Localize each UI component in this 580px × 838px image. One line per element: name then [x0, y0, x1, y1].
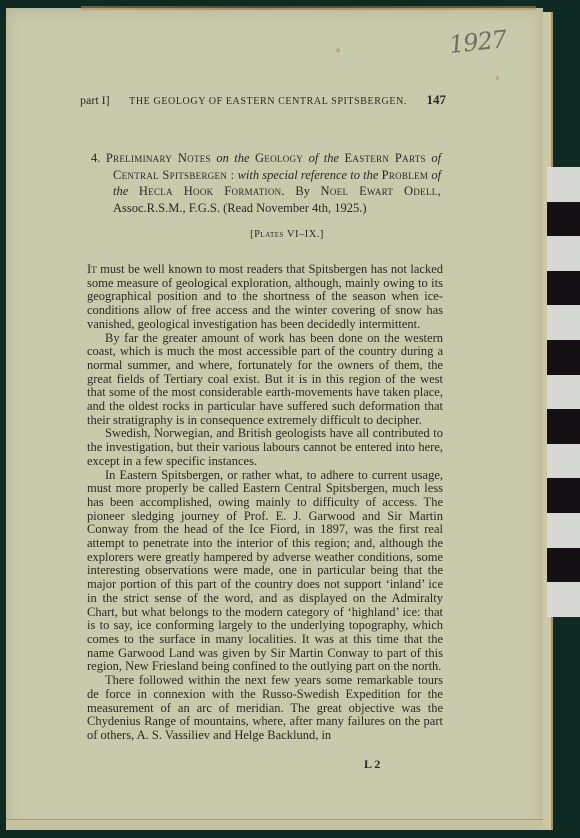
page-top-stain — [81, 6, 536, 10]
author-credentials: Assoc.R.S.M., F.G.S. — [113, 201, 220, 215]
signature-mark: L 2 — [364, 757, 380, 772]
handwritten-annotation: 1927 — [448, 25, 508, 59]
page-number: 147 — [427, 92, 447, 108]
paragraph-text: must be well known to most readers that … — [87, 262, 443, 331]
title-text: with special reference to the — [238, 168, 379, 182]
page-bottom-edge — [6, 819, 543, 830]
document-page: 1927 part I] The Geology of Eastern Cent… — [6, 8, 543, 830]
foxing-spot — [336, 48, 340, 53]
running-head-title: The Geology of Eastern Central Spitsberg… — [129, 96, 407, 107]
scale-bar — [547, 167, 580, 617]
title-text: of the — [309, 151, 339, 165]
article-title: 4. Preliminary Notes on the Geology of t… — [91, 150, 441, 216]
running-head-part: part I] — [80, 93, 110, 108]
title-text: Preliminary Notes — [106, 151, 211, 165]
paragraph: It must be well known to most readers th… — [87, 263, 443, 332]
title-text: of — [431, 151, 441, 165]
article-number: 4. — [91, 151, 100, 165]
author-by: By — [295, 184, 310, 198]
running-head: part I] The Geology of Eastern Central S… — [80, 92, 446, 108]
title-text: Eastern Parts — [344, 151, 425, 165]
paragraph: Swedish, Norwegian, and British geologis… — [87, 427, 443, 468]
paragraph: In Eastern Spitsbergen, or rather what, … — [87, 469, 443, 675]
title-text: Central Spitsbergen : — [113, 168, 234, 182]
title-text: on the — [216, 151, 249, 165]
article-body: It must be well known to most readers th… — [87, 263, 443, 743]
foxing-spot — [496, 76, 499, 80]
title-text: Geology — [255, 151, 303, 165]
author-name: Noel Ewart Odell, — [321, 184, 441, 198]
paragraph: By far the greater amount of work has be… — [87, 332, 443, 428]
paragraph: There followed within the next few years… — [87, 674, 443, 743]
plates-reference: [Plates VI–IX.] — [6, 229, 543, 240]
title-text: Hecla Hook Formation. — [139, 184, 285, 198]
opening-word: It — [87, 262, 97, 276]
read-date: (Read November 4th, 1925.) — [223, 201, 366, 215]
title-text: Problem — [382, 168, 429, 182]
